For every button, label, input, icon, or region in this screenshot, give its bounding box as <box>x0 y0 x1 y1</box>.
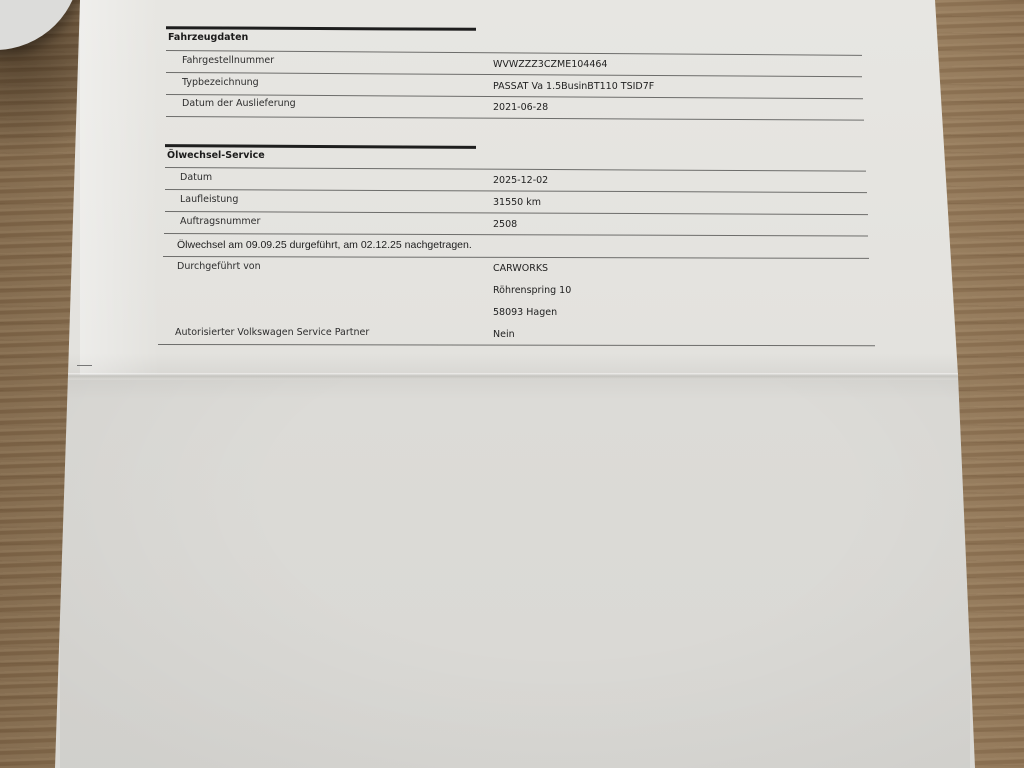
label-vin: Fahrgestellnummer <box>182 55 274 66</box>
divider <box>165 189 867 193</box>
value-delivery-date: 2021-06-28 <box>493 102 548 113</box>
label-type: Typbezeichnung <box>182 77 259 88</box>
label-performed-by: Durchgeführt von <box>177 261 261 272</box>
section-title-oil-service: Ölwechsel-Service <box>167 150 265 161</box>
label-authorized-partner: Autorisierter Volkswagen Service Partner <box>175 327 369 338</box>
divider <box>158 344 875 346</box>
service-note: Ölwechsel am 09.09.25 durgeführt, am 02.… <box>177 239 472 251</box>
divider <box>166 72 862 77</box>
label-mileage: Laufleistung <box>180 194 238 205</box>
divider <box>163 256 869 259</box>
value-workshop-city: 58093 Hagen <box>493 307 557 318</box>
value-service-date: 2025-12-02 <box>493 175 548 186</box>
divider <box>164 233 868 236</box>
divider <box>165 211 868 215</box>
section-title-vehicle-data: Fahrzeugdaten <box>168 32 248 43</box>
paper-shading <box>60 380 970 768</box>
value-workshop-street: Röhrenspring 10 <box>493 285 571 296</box>
value-vin: WVWZZZ3CZME104464 <box>493 59 607 70</box>
label-delivery-date: Datum der Auslieferung <box>182 98 296 109</box>
value-order-number: 2508 <box>493 219 517 230</box>
service-record: Fahrzeugdaten Fahrgestellnummer WVWZZZ3C… <box>0 0 1024 400</box>
label-service-date: Datum <box>180 172 212 183</box>
value-authorized-partner: Nein <box>493 329 515 340</box>
section-bar <box>165 144 476 149</box>
label-order-number: Auftragsnummer <box>180 216 260 227</box>
divider <box>166 116 864 121</box>
value-workshop-name: CARWORKS <box>493 263 548 274</box>
value-mileage: 31550 km <box>493 197 541 208</box>
section-bar <box>166 26 476 31</box>
value-type: PASSAT Va 1.5BusinBT110 TSID7F <box>493 81 654 92</box>
divider <box>165 167 866 172</box>
